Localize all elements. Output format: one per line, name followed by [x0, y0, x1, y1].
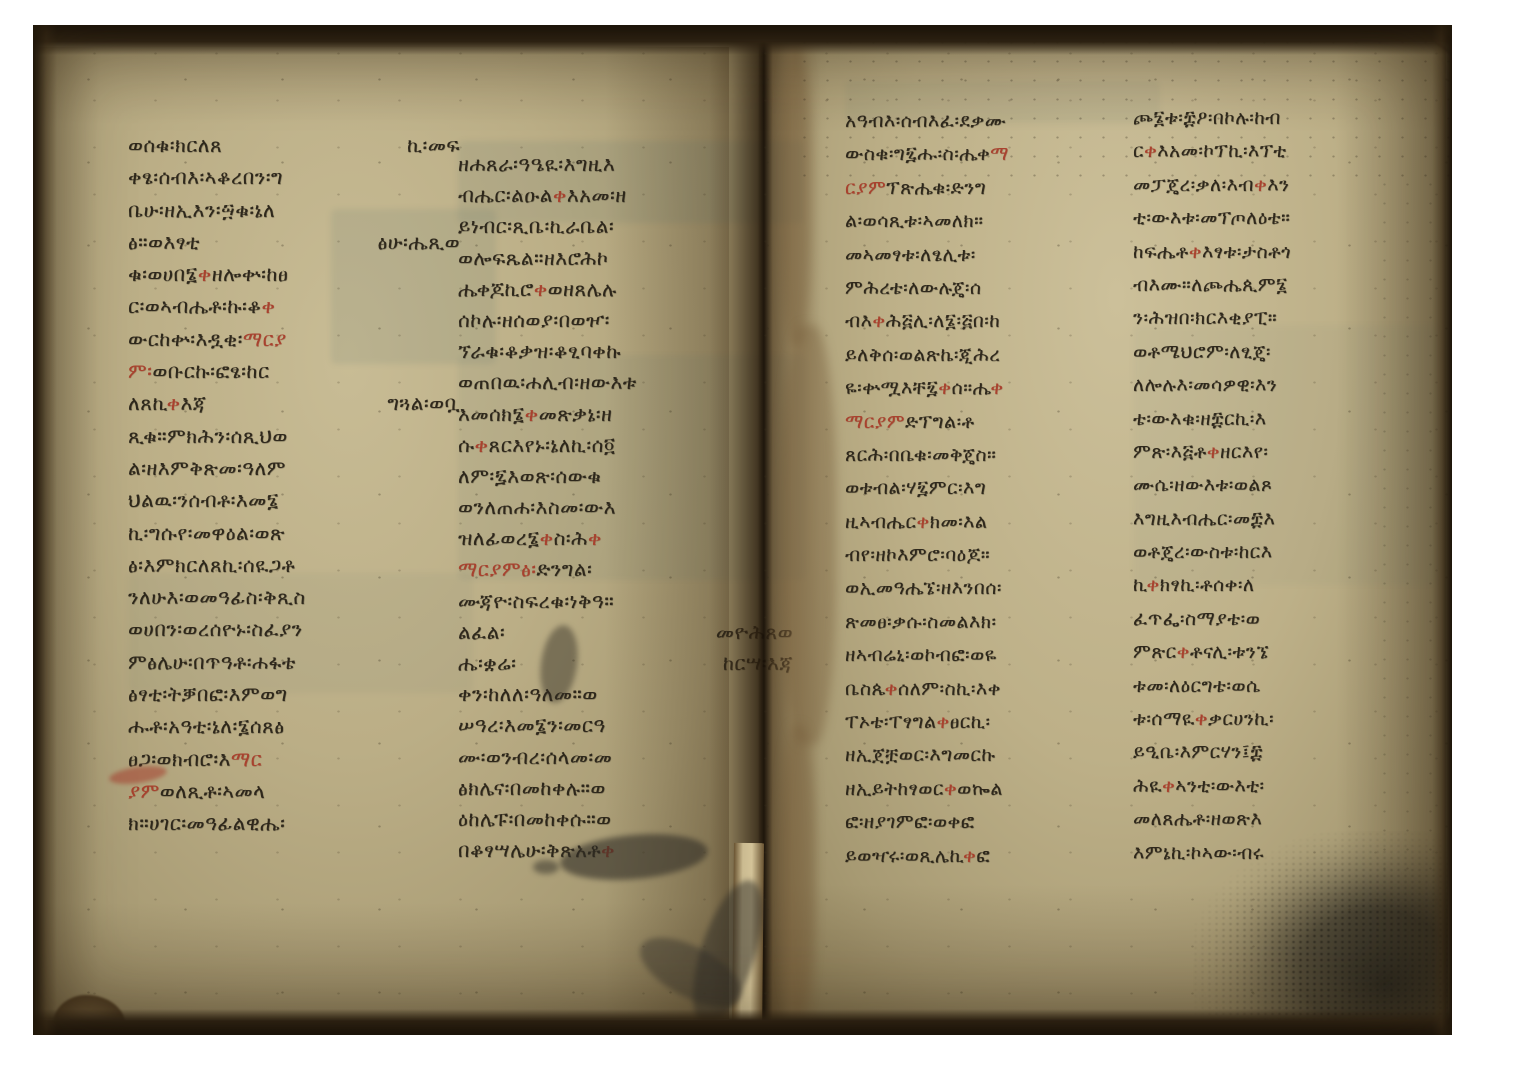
black-ink-run: ቤስጴ [845, 678, 885, 700]
red-ink-run: ርያም [845, 177, 886, 199]
red-ink-run: ማርያምፅ፡ [458, 557, 536, 581]
red-ink-run: ቀ [1144, 140, 1157, 162]
text-line: ፅ።ወእፃቲ ፅሁ፡ሔጺወ [128, 230, 460, 262]
text-line: ን፡ሕዝበ፡ክርእቂያፒ። [1133, 307, 1429, 340]
black-ink-run: ፅክሌና፡በመከቀሉ።ወ [458, 776, 606, 800]
black-ink-run: ምፅሌሁ፡በጥዓቶ፡ሐፋቴ [128, 650, 296, 674]
text-line: ወቶጄረ፡ውስቱ፡ከርእ [1133, 541, 1429, 574]
black-ink-run: ወኢመዓሔኜ፡ዘእንበሰ፡ [845, 577, 1002, 599]
text-line: ውስቁ፡ግ፯ሑ፡ስ፡ሔቀማ [845, 143, 1137, 176]
red-ink-run: ማር [231, 747, 262, 771]
black-ink-run: ለሎሉእ፡መሳዎዊ፡እን [1133, 374, 1277, 396]
black-ink-run: እግዚእብሔር፡መ፰እ [1133, 508, 1275, 530]
text-line: ወቱብል፡ሃ፯ምር፡እግ [845, 477, 1137, 510]
black-ink-run: እፃቱ፡ታስቶጎ [1202, 241, 1291, 263]
black-ink-run: ን፡ሕዝበ፡ክርእቂያፒ። [1133, 307, 1277, 329]
black-ink-run: ብየ፡ዘኮእምሮ፡ባዕጆ። [845, 544, 990, 566]
text-line: ኪ፡ግሱየ፡መዋዕል፡ወጽ [128, 521, 460, 553]
text-line: ዘኣብሬኒ፡ወኮብፎ፡ወዬ [845, 644, 1137, 677]
black-ink-run: ምጽ፡እ፭ቶ [1133, 441, 1207, 463]
red-ink-run: ቀ [525, 402, 539, 426]
text-line: ብየ፡ዘኮእምሮ፡ባዕጆ። [845, 544, 1137, 577]
red-ink-run: ቀ [167, 391, 181, 415]
red-ink-run: ቀ [261, 294, 275, 318]
text-line: ምፅሌሁ፡በጥዓቶ፡ሐፋቴ [128, 650, 460, 682]
black-ink-run: ዬ፡ቍሟእቸ፯ [845, 377, 938, 399]
text-line: ወሰቁ፡ክርለጸ ኪ፡መፍ [128, 133, 460, 165]
black-ink-run: ምሕረቴ፡ለውሉጄ፡ሰ [845, 277, 982, 299]
text-line: ይዒቤ፡እምርሃን፤፰ [1133, 741, 1429, 774]
black-ink-run: መኣመፃቱ፡ለፄሊቱ፡ [845, 244, 976, 266]
black-ink-run: እአመ፡ዘ [567, 183, 627, 207]
black-ink-run: ዘሎቍ፡ከፀ [212, 262, 289, 286]
red-ink-run: ቀ [872, 310, 885, 332]
text-line: ብእቀሕ፭ሊ፡ለ፮፡፭በ፡ከ [845, 310, 1137, 343]
text-line: ምሕረቴ፡ለውሉጄ፡ሰ [845, 277, 1137, 310]
black-ink-run: ወቱብል፡ሃ፯ምር፡እግ [845, 477, 986, 499]
red-ink-run: ማርያ [243, 327, 287, 351]
black-ink-run: ቤሁ፡ዘኢእን፡፵ቁ፡ኔለ [128, 198, 275, 222]
black-ink-run: ር [1133, 140, 1144, 162]
right-page-column-1: አዓብእ፡ሰብእፈ፡ደቃሙውስቁ፡ግ፯ሑ፡ስ፡ሔቀማርያምፕጽሔቁ፡ድንግል፡ወ… [845, 110, 1137, 878]
text-line: ውርከቍ፡እዷቂ፡ማርያ [128, 327, 460, 359]
black-ink-run: ዝለፊወረ፮ [458, 526, 540, 550]
black-ink-run: ወቶሜህሮም፡ለፂጄ፡ [1133, 341, 1271, 363]
black-ink-run: ዚኣብሔር [845, 511, 916, 533]
text-line: ሕዪቀኣንቲ፡ውእቲ፡ [1133, 775, 1429, 808]
black-ink-run: ሔቀጆኪሮ [458, 277, 534, 301]
black-ink-run: ል፡ወሳጺቱ፡ኣመለክ። [845, 210, 984, 232]
black-ink-run: ድንግል፡ [536, 557, 592, 581]
black-ink-run: ወሎፍጼል።ዘእሮሕኮ [458, 246, 608, 270]
black-ink-run: ጮ፮ቱ፡፰ዖ፡በኮሉ፡ከብ [1133, 107, 1281, 129]
text-line: ፅፃቲ፡ትቓበፎ፡እምወግ [128, 682, 460, 714]
text-line: ዘኢይትከፃወርቀወኰል [845, 778, 1137, 811]
text-line: ቤሁ፡ዘኢእን፡፵ቁ፡ኔለ [128, 198, 460, 230]
black-ink-run: እጃ ግጓል፡ወቧ [181, 391, 460, 415]
black-ink-run: ፅ።ወእፃቲ ፅሁ፡ሔጺወ [128, 230, 460, 254]
text-line: ለጸኪቀእጃ ግጓል፡ወቧ [128, 391, 460, 423]
red-ink-run: ቀ [540, 526, 554, 550]
text-line: ማርያምድፕግል፡ቶ [845, 411, 1137, 444]
black-ink-run: ቀን፡ከለለ፡ዓለመ።ወ [458, 682, 598, 706]
text-line: ፈጥፌ፡ስማያቴ፡ወ [1133, 608, 1429, 641]
ragged-page-edge [781, 725, 815, 1015]
text-line: ቤስጴቀሰለም፡ስኪ፡እቀ [845, 678, 1137, 711]
black-ink-run: ፎ፡ዘያገምፎ፡ወቀፎ [845, 811, 975, 833]
text-line: ኪቀክፃኪ፡ቶሰቀ፡ለ [1133, 574, 1429, 607]
red-ink-run: ቀ [1162, 775, 1175, 797]
text-line: ፎ፡ዘያገምፎ፡ወቀፎ [845, 811, 1137, 844]
text-line: ዬ፡ቍሟእቸ፯ቀሰ።ሔቀ [845, 377, 1137, 410]
scan-edge-top [33, 25, 1452, 55]
black-ink-run: ቃርሀንኪ፡ [1208, 708, 1274, 730]
red-ink-run: ቀ [1147, 574, 1160, 596]
text-line: ይለቅሰ፡ወልጽኬ፡ጂሕረ [845, 344, 1137, 377]
black-ink-run: ቱ፡ሰማዪ [1133, 708, 1195, 730]
black-ink-run: ኪ [1133, 574, 1147, 596]
black-ink-run: ቴ፡ውእቁ፡ዘ፰ርኪ፡እ [1133, 408, 1267, 430]
black-ink-run: ክፃኪ፡ቶሰቀ፡ለ [1160, 574, 1255, 596]
black-ink-run: ወዘጸሌሉ [548, 277, 617, 301]
black-ink-run: ንለሁእ፡ወመዓፊስ፡ቅጺስ [128, 585, 306, 609]
black-ink-run: ለም፡፯እወጽ፡ሰውቁ [458, 464, 601, 488]
black-ink-run: ውስቁ፡ግ፯ሑ፡ስ፡ሔቀ [845, 143, 990, 165]
text-line: ንለሁእ፡ወመዓፊስ፡ቅጺስ [128, 585, 460, 617]
text-line: ጽመፀ፡ቃሱ፡ስመልእክ፡ [845, 611, 1137, 644]
black-ink-run: ጸርሕ፡በቤቁ፡መቅጄስ። [845, 444, 996, 466]
black-ink-run: መፓጄረ፡ቃለ፡እብ [1133, 174, 1254, 196]
black-ink-run: መጽቃኔ፡ዘ [539, 402, 613, 426]
black-ink-run: ፐኦቴ፡ፐፃግል [845, 711, 937, 733]
text-line: ቱ፡ሰማዪቀቃርሀንኪ፡ [1133, 708, 1429, 741]
black-ink-run: ወለጺቶ፡ኣመላ [160, 779, 265, 803]
ragged-page-edge [781, 325, 836, 745]
text-line: ፅ፡እምክርለጸኪ፡ሰዪጋቶ [128, 553, 460, 585]
black-ink-run: ፎ [976, 845, 990, 867]
black-ink-run: ውርከቍ፡እዷቂ፡ [128, 327, 243, 351]
text-line: ቱመ፡ለዕርግቴ፡ወሴ [1133, 675, 1429, 708]
text-line: ፀጋ፡ወክብሮ፡እማር [128, 747, 460, 779]
black-ink-run: ይወዣሩ፡ወጺሌኪ [845, 845, 963, 867]
black-ink-run: ወንለጠሐ፡እስመ፡ውእ [458, 495, 616, 519]
text-line: ያምወለጺቶ፡ኣመላ [128, 779, 460, 811]
black-ink-run: ጸርእየኑ፡ኔለኪ፡ሰ፬ [488, 433, 615, 457]
text-line: ወኢመዓሔኜ፡ዘእንበሰ፡ [845, 577, 1137, 610]
black-ink-run: ብእሙ።ለጮሔጲም፮ [1133, 274, 1288, 296]
ink-speck [533, 860, 559, 874]
black-ink-run: ስ፡ሕ [554, 526, 588, 550]
red-ink-run: ቀ [1254, 174, 1267, 196]
red-ink-run: ቀ [534, 277, 548, 301]
red-ink-run: ቀ [916, 511, 929, 533]
red-ink-run: ቀ [938, 377, 951, 399]
text-line: ር፡ወኣብሔቶ፡ኩ፡ቆቀ [128, 294, 460, 326]
text-line: ለሎሉእ፡መሳዎዊ፡እን [1133, 374, 1429, 407]
text-line: ምጽርቀቶናሊ፡ቱንኜ [1133, 641, 1429, 674]
black-ink-run: ወጠበዉ፡ሐሊብ፡ዘውእቱ [458, 370, 637, 394]
black-ink-run: ሙ፡ወንብረ፡ሰላመ፡መ [458, 745, 612, 769]
black-ink-run: ወኰል [957, 778, 1003, 800]
black-ink-run: ቲ፡ውእቱ፡መፕጦለዕቴ። [1133, 207, 1290, 229]
black-ink-run: እአመ፡ኮፕኪ፡እፕቲ [1157, 140, 1286, 162]
scan-edge-right [1432, 25, 1452, 1035]
text-line: ህልዉ፡ንሰብቶ፡እመ፮ [128, 488, 460, 520]
text-line: ወቶሜህሮም፡ለፂጄ፡ [1133, 341, 1429, 374]
black-ink-run: ድፕግል፡ቶ [905, 411, 975, 433]
scan-edge-left [33, 25, 57, 1035]
text-line: ዚኣብሔርቀክመ፡እል [845, 511, 1137, 544]
black-ink-run: ዘሐጸራ፡ዓዔዪ፡እግዚእ [458, 152, 615, 176]
black-ink-run: ፈጥፌ፡ስማያቴ፡ወ [1133, 608, 1260, 630]
text-line: መኣመፃቱ፡ለፄሊቱ፡ [845, 244, 1137, 277]
black-ink-run: ይለቅሰ፡ወልጽኬ፡ጂሕረ [845, 344, 1000, 366]
text-line: ቀፄ፡ሰብእ፡ኣቆረበን፡ግ [128, 165, 460, 197]
manuscript-scan-photo: ወሰቁ፡ክርለጸ ኪ፡መፍቀፄ፡ሰብእ፡ኣቆረበን፡ግቤሁ፡ዘኢእን፡፵ቁ፡ኔለ… [33, 25, 1452, 1035]
black-ink-run: ወቡርኩ፡ፎፄ፡ከር [152, 359, 269, 383]
black-ink-run: ሰለም፡ስኪ፡እቀ [898, 678, 1001, 700]
text-line: ል፡ወሳጺቱ፡ኣመለክ። [845, 210, 1137, 243]
page-background: { "manuscript": { "colors": { "backgroun… [0, 0, 1515, 1071]
text-line: ክ።ሀገር፡መዓፊልዊሔ፡ [128, 811, 460, 843]
black-ink-run: ሰ።ሔ [952, 377, 991, 399]
black-ink-run: ኪ፡ግሱየ፡መዋዕል፡ወጽ [128, 521, 285, 545]
text-line: ሑቶ፡አዓቲ፡ኔለ፡፮ሰጸፅ [128, 714, 460, 746]
text-line: አዓብእ፡ሰብእፈ፡ደቃሙ [845, 110, 1137, 143]
text-line: ብእሙ።ለጮሔጲም፮ [1133, 274, 1429, 307]
black-ink-run: ል፡ዘእምቅጽመ፡ዓለም [128, 456, 286, 480]
black-ink-run: ቱመ፡ለዕርግቴ፡ወሴ [1133, 675, 1261, 697]
text-line: ቲ፡ውእቱ፡መፕጦለዕቴ። [1133, 207, 1429, 240]
black-ink-run: እን [1267, 174, 1289, 196]
black-ink-run: ዘርእየ፡ [1220, 441, 1268, 463]
black-ink-run: ር፡ወኣብሔቶ፡ኩ፡ቆ [128, 294, 261, 318]
black-ink-run: ለጸኪ [128, 391, 167, 415]
black-ink-run: ሙጃዮ፡ስፍረቁ፡ነቅዓ። [458, 589, 614, 613]
left-page-column-1: ወሰቁ፡ክርለጸ ኪ፡መፍቀፄ፡ሰብእ፡ኣቆረበን፡ግቤሁ፡ዘኢእን፡፵ቁ፡ኔለ… [128, 133, 460, 844]
scan-edge-bottom [33, 1009, 1452, 1035]
text-line: ይወዣሩ፡ወጺሌኪቀፎ [845, 845, 1137, 878]
text-line: ጮ፮ቱ፡፰ዖ፡በኮሉ፡ከብ [1133, 107, 1429, 140]
black-ink-run: ወቶጄረ፡ውስቱ፡ከርእ [1133, 541, 1272, 563]
text-line: ቁ፡ወሀበ፮ቀዘሎቍ፡ከፀ [128, 262, 460, 294]
text-line: ዘኢጀቿወር፡እግመርኩ [845, 744, 1137, 777]
black-ink-run: ሕዪ [1133, 775, 1162, 797]
red-ink-run: ም፡ [128, 359, 152, 383]
black-ink-run: ዘኣብሬኒ፡ወኮብፎ፡ወዬ [845, 644, 997, 666]
black-ink-run: ፅ፡እምክርለጸኪ፡ሰዪጋቶ [128, 553, 295, 577]
black-ink-run: ብሔር፡ልዑል [458, 183, 553, 207]
text-line: ቴ፡ውእቁ፡ዘ፰ርኪ፡እ [1133, 408, 1429, 441]
black-ink-run: ኘራቁ፡ቆቃዝ፡ቆፂባቀኩ [458, 339, 621, 363]
black-ink-run: ሠዓረ፡እመ፮ን፡መርዓ [458, 713, 606, 737]
black-ink-run: ሕ፭ሊ፡ለ፮፡፭በ፡ከ [886, 310, 1001, 332]
black-ink-run: ወሰቁ፡ክርለጸ ኪ፡መፍ [128, 133, 460, 157]
black-ink-run: ኣንቲ፡ውእቲ፡ [1175, 775, 1264, 797]
red-ink-run: ቀ [553, 183, 567, 207]
red-ink-run: ማርያም [845, 411, 905, 433]
soot-stain [1192, 831, 1448, 1023]
red-ink-run: ቀ [1195, 708, 1208, 730]
red-ink-run: ቀ [944, 778, 957, 800]
text-line: ም፡ወቡርኩ፡ፎፄ፡ከር [128, 359, 460, 391]
black-ink-run: ቀፄ፡ሰብእ፡ኣቆረበን፡ግ [128, 165, 283, 189]
red-ink-run: ማ [990, 143, 1009, 165]
black-ink-run: ይዒቤ፡እምርሃን፤፰ [1133, 741, 1263, 763]
text-line: ፐኦቴ፡ፐፃግልቀፀርኪ፡ [845, 711, 1137, 744]
red-ink-run: ቀ [198, 262, 212, 286]
black-ink-run: ሙሴ፡ዘውእቱ፡ወልጾ [1133, 474, 1272, 496]
black-ink-run: ክመ፡እል [930, 511, 988, 533]
black-ink-run: ሰኮሉ፡ዘሰወያ፡በወዦ፡ [458, 308, 610, 332]
black-ink-run: እመሰክ፮ [458, 402, 525, 426]
text-line: ል፡ዘእምቅጽመ፡ዓለም [128, 456, 460, 488]
text-line: መፓጄረ፡ቃለ፡እብቀእን [1133, 174, 1429, 207]
red-ink-run: ቀ [475, 433, 489, 457]
black-ink-run: ጺቁ።ምክሕን፡ሰጺህወ [128, 424, 288, 448]
text-line: ጸርሕ፡በቤቁ፡መቅጄስ። [845, 444, 1137, 477]
black-ink-run: ፀርኪ፡ [950, 711, 991, 733]
text-line: ምጽ፡እ፭ቶቀዘርእየ፡ [1133, 441, 1429, 474]
black-ink-run: ይነብር፡ጺቤ፡ኪራቤል፡ [458, 214, 614, 238]
text-line: ርያምፕጽሔቁ፡ድንግ [845, 177, 1137, 210]
black-ink-run: ምጽር [1133, 641, 1177, 663]
black-ink-run: አዓብእ፡ሰብእፈ፡ደቃሙ [845, 110, 1006, 132]
black-ink-run: ፕጽሔቁ፡ድንግ [886, 177, 986, 199]
black-ink-run: ህልዉ፡ንሰብቶ፡እመ፮ [128, 488, 279, 512]
black-ink-run: ክ።ሀገር፡መዓፊልዊሔ፡ [128, 811, 285, 835]
black-ink-run: ዕከሌፑ፡በመከቀሱ።ወ [458, 807, 612, 831]
black-ink-run: ዘኢጀቿወር፡እግመርኩ [845, 744, 995, 766]
black-ink-run: ዘኢይትከፃወር [845, 778, 944, 800]
text-line: ርቀእአመ፡ኮፕኪ፡እፕቲ [1133, 140, 1429, 173]
red-ink-run: ቀ [990, 377, 1003, 399]
right-page-column-2: ጮ፮ቱ፡፰ዖ፡በኮሉ፡ከብርቀእአመ፡ኮፕኪ፡እፕቲመፓጄረ፡ቃለ፡እብቀእንቲ… [1133, 107, 1429, 875]
black-ink-run: ፅፃቲ፡ትቓበፎ፡እምወግ [128, 682, 288, 706]
black-ink-run: መለጸሔቶ፡ዘወጽእ [1133, 808, 1262, 830]
black-ink-run: ቶናሊ፡ቱንኜ [1190, 641, 1269, 663]
text-line: እግዚእብሔር፡መ፰እ [1133, 508, 1429, 541]
ragged-page-edge [781, 45, 811, 345]
red-ink-run: ቀ [588, 526, 602, 550]
black-ink-run: ከፍሔቶ [1133, 241, 1189, 263]
black-ink-run: ወሀበን፡ወረሰዮኑ፡ስፈያን [128, 617, 303, 641]
text-line: ጺቁ።ምክሕን፡ሰጺህወ [128, 424, 460, 456]
black-ink-run: ብእ [845, 310, 872, 332]
red-ink-run: ቀ [1189, 241, 1202, 263]
text-line: ወሀበን፡ወረሰዮኑ፡ስፈያን [128, 617, 460, 649]
black-ink-run: ጽመፀ፡ቃሱ፡ስመልእክ፡ [845, 611, 997, 633]
red-ink-run: ቀ [885, 678, 898, 700]
text-line: ሙሴ፡ዘውእቱ፡ወልጾ [1133, 474, 1429, 507]
red-ink-run: ቀ [937, 711, 950, 733]
black-ink-run: ሱ [458, 433, 475, 457]
red-ink-run: ቀ [963, 845, 976, 867]
text-line: ከፍሔቶቀእፃቱ፡ታስቶጎ [1133, 241, 1429, 274]
red-ink-run: ቀ [1177, 641, 1190, 663]
black-ink-run: ሑቶ፡አዓቲ፡ኔለ፡፮ሰጸፅ [128, 714, 284, 738]
red-ink-run: ቀ [1207, 441, 1220, 463]
black-ink-run: ቁ፡ወሀበ፮ [128, 262, 198, 286]
